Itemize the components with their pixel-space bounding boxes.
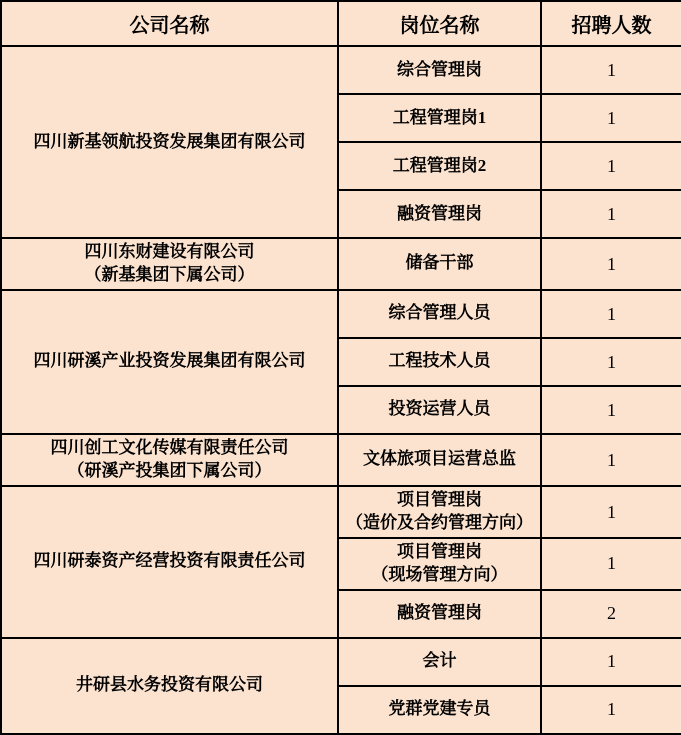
company-cell: 四川研溪产业投资发展集团有限公司	[1, 290, 338, 434]
position-cell: 综合管理人员	[338, 290, 541, 338]
header-recruit-count: 招聘人数	[541, 1, 681, 46]
header-company-name: 公司名称	[1, 1, 338, 46]
table-row: 四川研溪产业投资发展集团有限公司 综合管理人员 1	[1, 290, 681, 338]
count-cell: 1	[541, 386, 681, 434]
count-cell: 1	[541, 338, 681, 386]
count-cell: 1	[541, 190, 681, 238]
position-cell: 文体旅项目运营总监	[338, 434, 541, 486]
count-cell: 1	[541, 538, 681, 590]
recruitment-table: 公司名称 岗位名称 招聘人数 四川新基领航投资发展集团有限公司 综合管理岗 1 …	[0, 0, 681, 735]
company-cell: 四川新基领航投资发展集团有限公司	[1, 46, 338, 238]
company-cell: 四川研泰资产经营投资有限责任公司	[1, 486, 338, 638]
count-cell: 1	[541, 638, 681, 686]
table-row: 四川创工文化传媒有限责任公司 （研溪产投集团下属公司） 文体旅项目运营总监 1	[1, 434, 681, 486]
count-cell: 1	[541, 434, 681, 486]
count-cell: 2	[541, 590, 681, 638]
company-cell: 四川东财建设有限公司 （新基集团下属公司）	[1, 238, 338, 290]
position-cell: 储备干部	[338, 238, 541, 290]
position-cell: 融资管理岗	[338, 590, 541, 638]
position-cell: 工程管理岗1	[338, 94, 541, 142]
table-row: 井研县水务投资有限公司 会计 1	[1, 638, 681, 686]
table-row: 四川新基领航投资发展集团有限公司 综合管理岗 1	[1, 46, 681, 94]
count-cell: 1	[541, 46, 681, 94]
company-cell: 井研县水务投资有限公司	[1, 638, 338, 734]
position-cell: 项目管理岗 （造价及合约管理方向）	[338, 486, 541, 538]
position-cell: 投资运营人员	[338, 386, 541, 434]
company-cell: 四川创工文化传媒有限责任公司 （研溪产投集团下属公司）	[1, 434, 338, 486]
count-cell: 1	[541, 94, 681, 142]
position-cell: 融资管理岗	[338, 190, 541, 238]
count-cell: 1	[541, 142, 681, 190]
table-row: 四川研泰资产经营投资有限责任公司 项目管理岗 （造价及合约管理方向） 1	[1, 486, 681, 538]
position-cell: 综合管理岗	[338, 46, 541, 94]
header-row: 公司名称 岗位名称 招聘人数	[1, 1, 681, 46]
position-cell: 工程技术人员	[338, 338, 541, 386]
count-cell: 1	[541, 238, 681, 290]
header-position-name: 岗位名称	[338, 1, 541, 46]
position-cell: 会计	[338, 638, 541, 686]
position-cell: 工程管理岗2	[338, 142, 541, 190]
count-cell: 1	[541, 686, 681, 734]
position-cell: 党群党建专员	[338, 686, 541, 734]
recruitment-table-wrapper: 公司名称 岗位名称 招聘人数 四川新基领航投资发展集团有限公司 综合管理岗 1 …	[0, 0, 681, 726]
count-cell: 1	[541, 486, 681, 538]
position-cell: 项目管理岗 （现场管理方向）	[338, 538, 541, 590]
count-cell: 1	[541, 290, 681, 338]
table-row: 四川东财建设有限公司 （新基集团下属公司） 储备干部 1	[1, 238, 681, 290]
